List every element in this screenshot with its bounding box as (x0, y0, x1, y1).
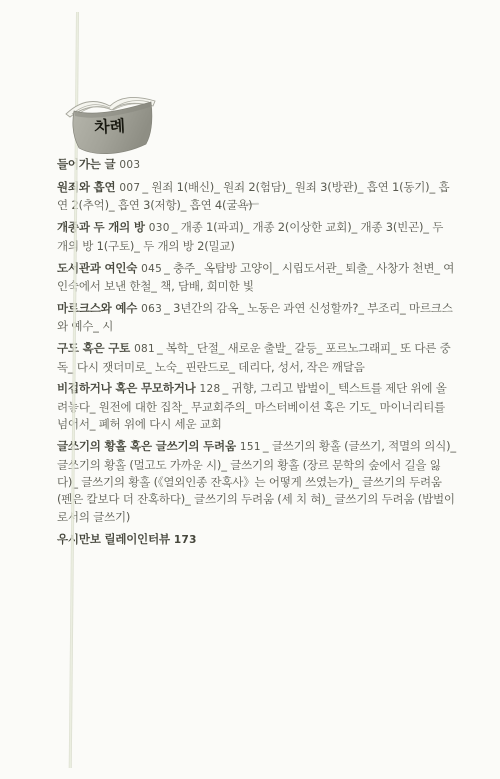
entry-page-number: 045 (141, 263, 162, 275)
entry-title: 글쓰기의 황홀 혹은 글쓰기의 두려움 (57, 439, 236, 453)
entry-page-number: 030 (149, 222, 170, 234)
toc-outro-entry: 우시만보 릴레이인터뷰173 (57, 531, 457, 549)
entry-page-number: 007 (119, 182, 140, 194)
toc-entry: 구도 혹은 구토081_ 복학_ 단절_ 새로운 출발_ 갈등_ 포르노그래피_… (57, 340, 457, 376)
toc-list: 들어가는 글003 원죄와 흡연007_ 원죄 1(배신)_ 원죄 2(험담)_… (57, 156, 457, 554)
entry-page-number: 063 (141, 303, 162, 315)
toc-entry: 도서관과 여인숙045_ 충주_ 옥탑방 고양이_ 시립도서관_ 퇴출_ 사창가… (57, 260, 457, 296)
entry-subitems: _ 원죄 1(배신)_ 원죄 2(험담)_ 원죄 3(방관)_ 흡연 1(동기)… (57, 180, 449, 212)
toc-entry: 마르크스와 예수063_ 3년간의 감옥_ 노동은 과연 신성할까?_ 부조리_… (57, 300, 457, 336)
entry-title: 원죄와 흡연 (57, 180, 115, 194)
entry-title: 도서관과 여인숙 (57, 261, 137, 275)
entry-page-number: 151 (240, 441, 261, 453)
toc-entry: 비겁하거나 혹은 무모하거나128_ 귀향, 그리고 밥벌이_ 텍스트를 제단 … (57, 380, 457, 433)
toc-entry: 개종과 두 개의 방030_ 개종 1(파괴)_ 개종 2(이상한 교회)_ 개… (57, 219, 457, 255)
toc-entry: 원죄와 흡연007_ 원죄 1(배신)_ 원죄 2(험담)_ 원죄 3(방관)_… (57, 179, 457, 215)
entry-title: 비겁하거나 혹은 무모하거나 (57, 381, 196, 395)
entry-title: 개종과 두 개의 방 (57, 220, 145, 234)
entry-page-number: 128 (200, 383, 221, 395)
entry-title: 마르크스와 예수 (57, 301, 137, 315)
book-icon: 차례 (61, 92, 161, 162)
entry-title: 구도 혹은 구토 (57, 341, 130, 355)
toc-label: 차례 (94, 116, 126, 137)
toc-entry: 글쓰기의 황홀 혹은 글쓰기의 두려움151_ 글쓰기의 황홀 (글쓰기, 적멸… (57, 438, 457, 526)
entry-page-number: 081 (134, 343, 155, 355)
entry-page-number: 173 (174, 534, 197, 546)
toc-page: 차례 들어가는 글003 원죄와 흡연007_ 원죄 1(배신)_ 원죄 2(험… (0, 0, 500, 779)
